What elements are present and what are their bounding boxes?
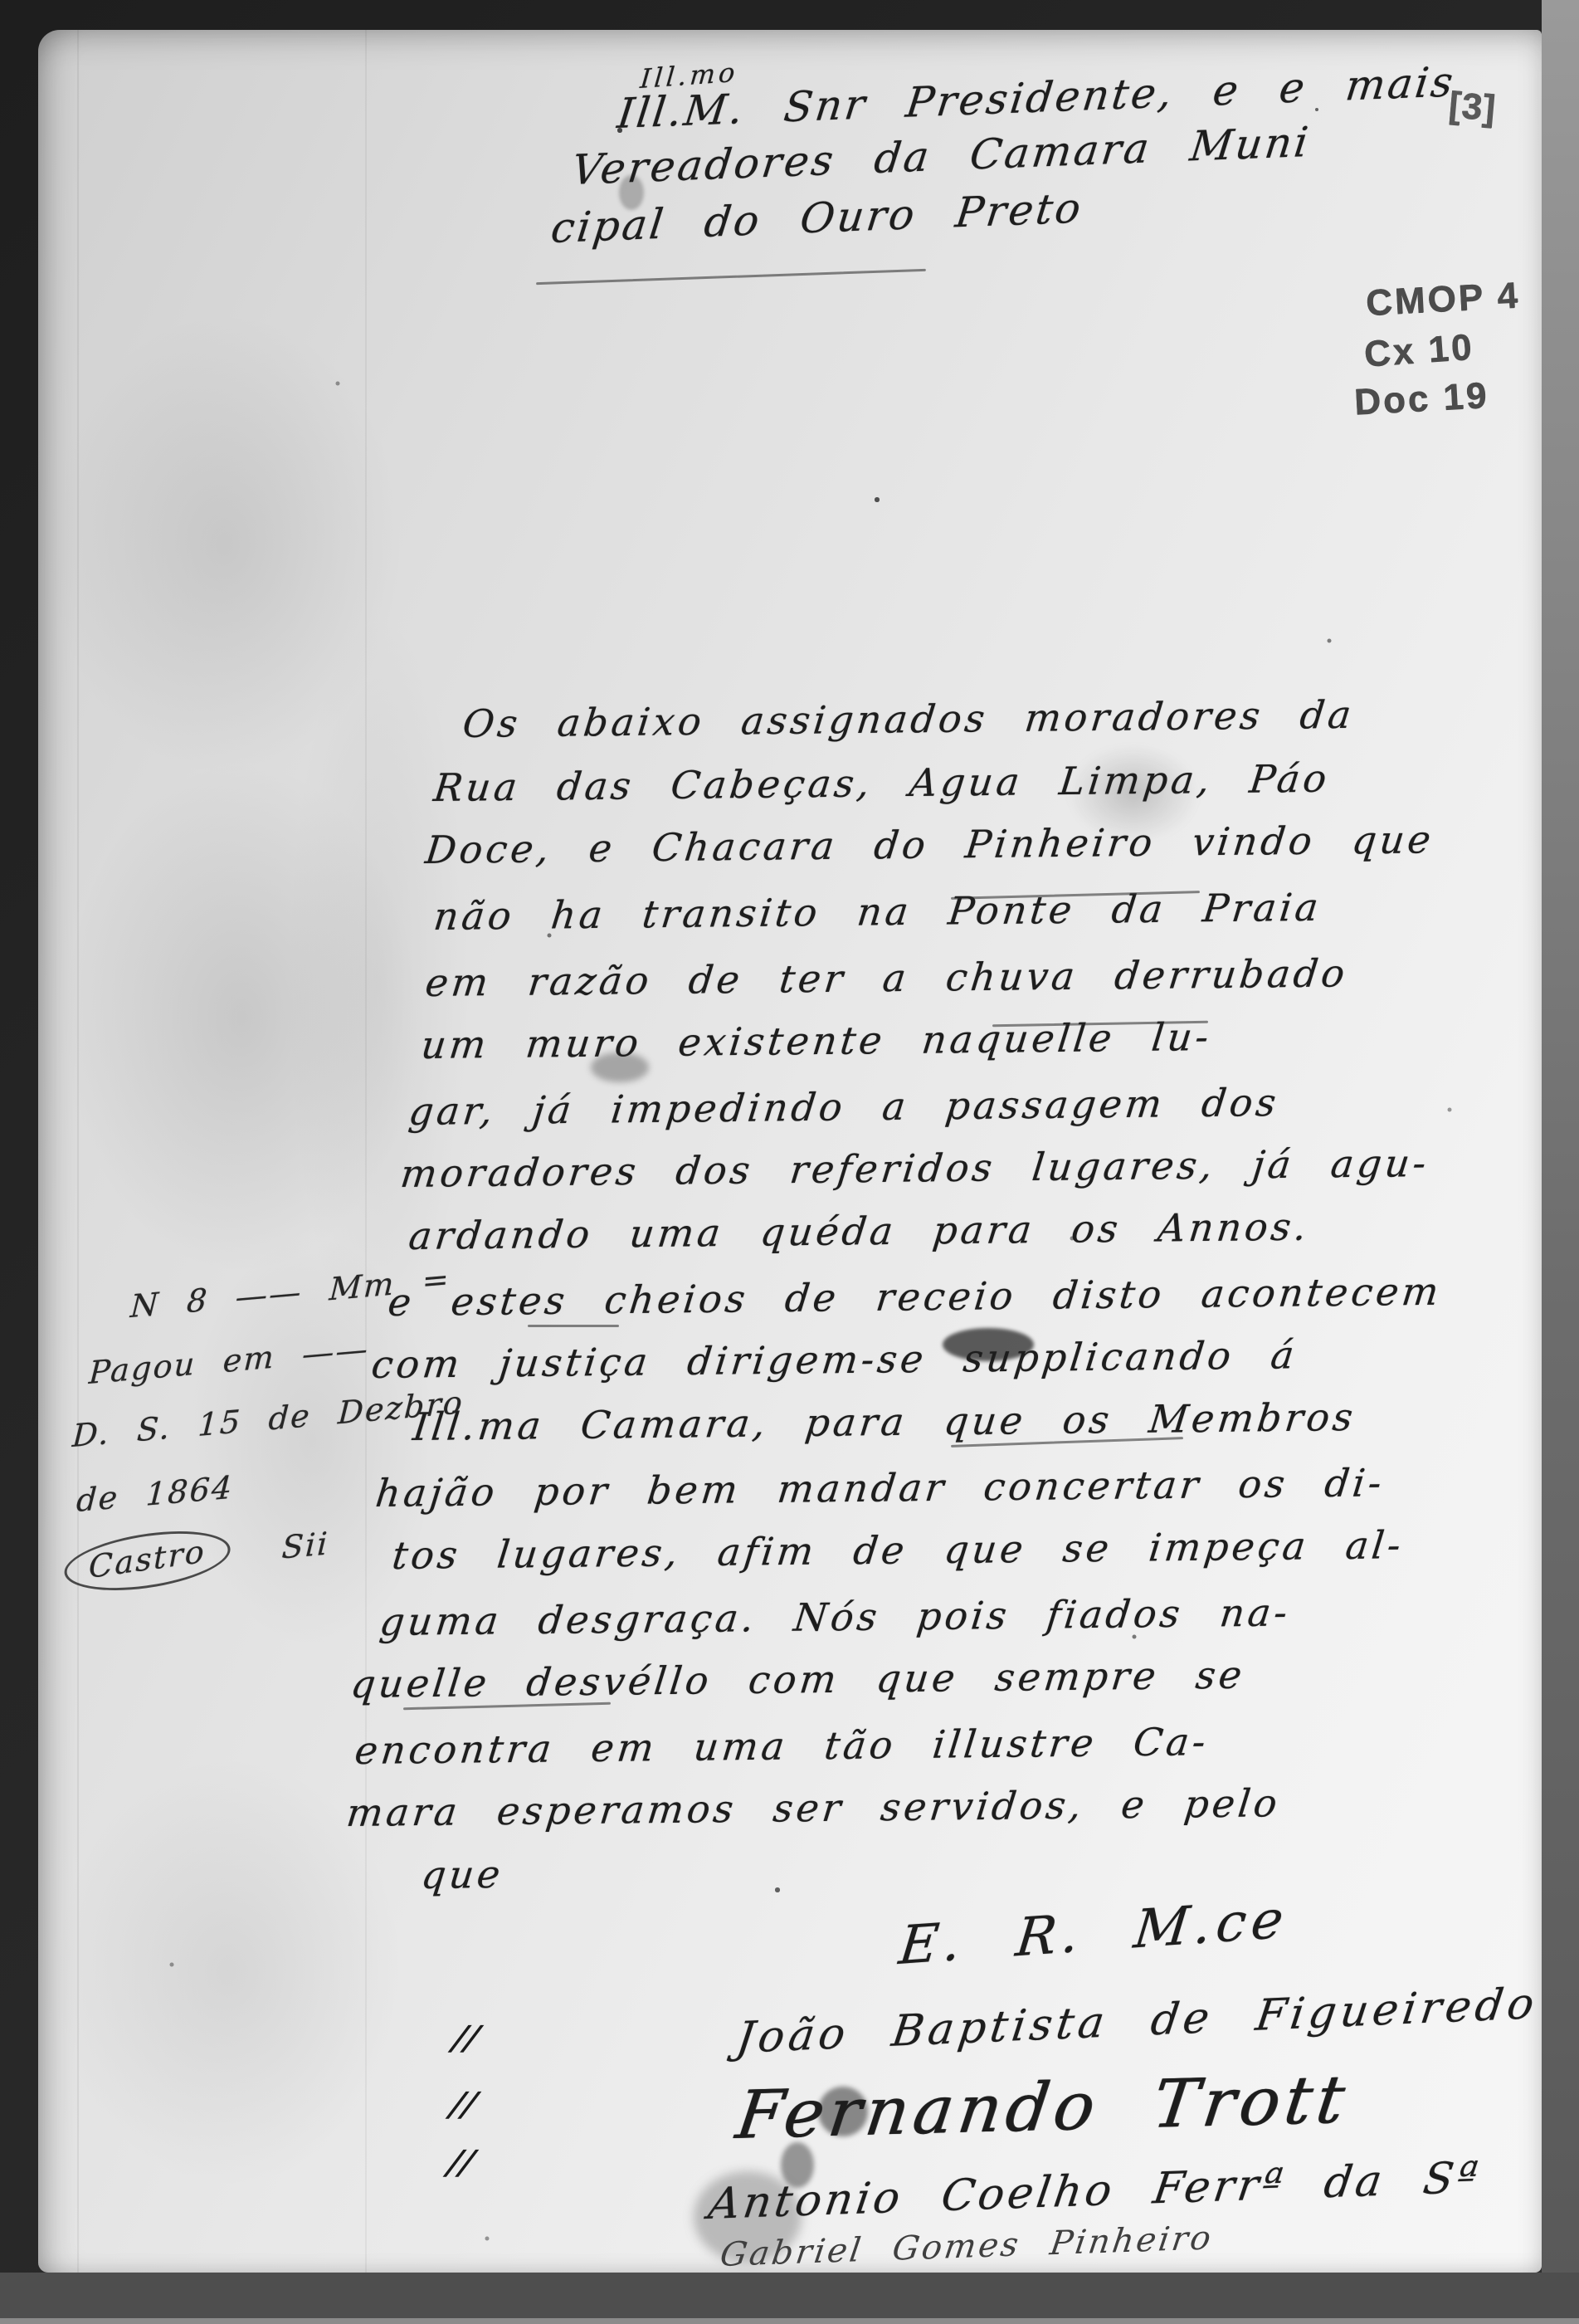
archive-ref-box: Cx 10 [1362,326,1475,375]
body-line: Doce, e Chacara do Pinheiro vindo que [423,817,1436,872]
body-line: e estes cheios de receio disto acontecem [386,1269,1444,1325]
margin-note-signature-row: Castro Sii [63,1518,330,1595]
body-line: Ill.ma Camara, para que os Membros [411,1394,1358,1449]
signature: Gabriel Gomes Pinheiro [718,2219,1216,2274]
body-line: moradores dos referidos lugares, já agu- [398,1140,1431,1196]
closing-formula: E. R. M.ce [896,1889,1291,1977]
ditto-mark: // [449,2019,483,2058]
flourish-stroke [528,1325,619,1327]
signature: João Baptista de Figueiredo [733,1979,1541,2063]
margin-note-line: de 1864 [76,1469,235,1519]
body-line: ardando uma quéda para os Annos. [407,1204,1312,1258]
margin-note-line: Pagou em —— [88,1330,370,1391]
scan-edge-bottom [0,2273,1579,2324]
body-line: quelle desvéllo com que sempre se [348,1653,1247,1706]
signature: Antonio Coelho Ferrª da Sª [705,2153,1484,2229]
body-line: encontra em uma tão illustre Ca- [353,1719,1211,1773]
body-line: guma desgraça. Nós pois fiados na- [378,1590,1293,1644]
heading-underline-flourish [536,269,926,285]
heading-line: Ill.M. Snr Presidente, e e mais [615,58,1458,138]
scanned-manuscript-canvas: [3] CMOP 4 Cx 10 Doc 19 Ill.mo Ill.M. Sn… [0,0,1579,2324]
fold-line-center [365,30,367,2273]
body-line: tos lugares, afim de que se impeça al- [390,1522,1406,1578]
body-line: mara esperamos ser servidos, e pelo [344,1780,1283,1835]
dust-specks [38,30,40,32]
body-line: hajão por bem mandar concertar os di- [373,1460,1387,1516]
margin-rubric-suffix: Sii [281,1526,330,1566]
margin-note-line: D. S. 15 de Dezbro [71,1384,465,1454]
scan-edge-right [1542,0,1579,2324]
bleed-stain [46,312,403,777]
body-line: Os abaixo assignados moradores da [461,692,1357,746]
fold-line-left [77,30,79,2273]
manuscript-page: [3] CMOP 4 Cx 10 Doc 19 Ill.mo Ill.M. Sn… [38,30,1542,2273]
archive-ref-collection: CMOP 4 [1365,275,1521,325]
body-line: em razão de ter a chuva derrubado [423,950,1350,1005]
archive-ref-document: Doc 19 [1353,375,1490,423]
ditto-mark: // [444,2143,478,2182]
ditto-mark: // [446,2085,480,2124]
pencil-corner-mark: [3] [1447,85,1498,130]
signature: Fernando Trott [732,2061,1353,2154]
body-line: gar, já impedindo a passagem dos [407,1080,1281,1134]
body-line: que [419,1852,505,1897]
heading-line: cipal do Ouro Preto [548,184,1085,252]
body-line: Rua das Cabeças, Agua Limpa, Páo [431,756,1332,810]
body-line: com justiça dirigem-se supplicando á [369,1332,1299,1387]
circled-rubric: Castro [65,1522,230,1599]
